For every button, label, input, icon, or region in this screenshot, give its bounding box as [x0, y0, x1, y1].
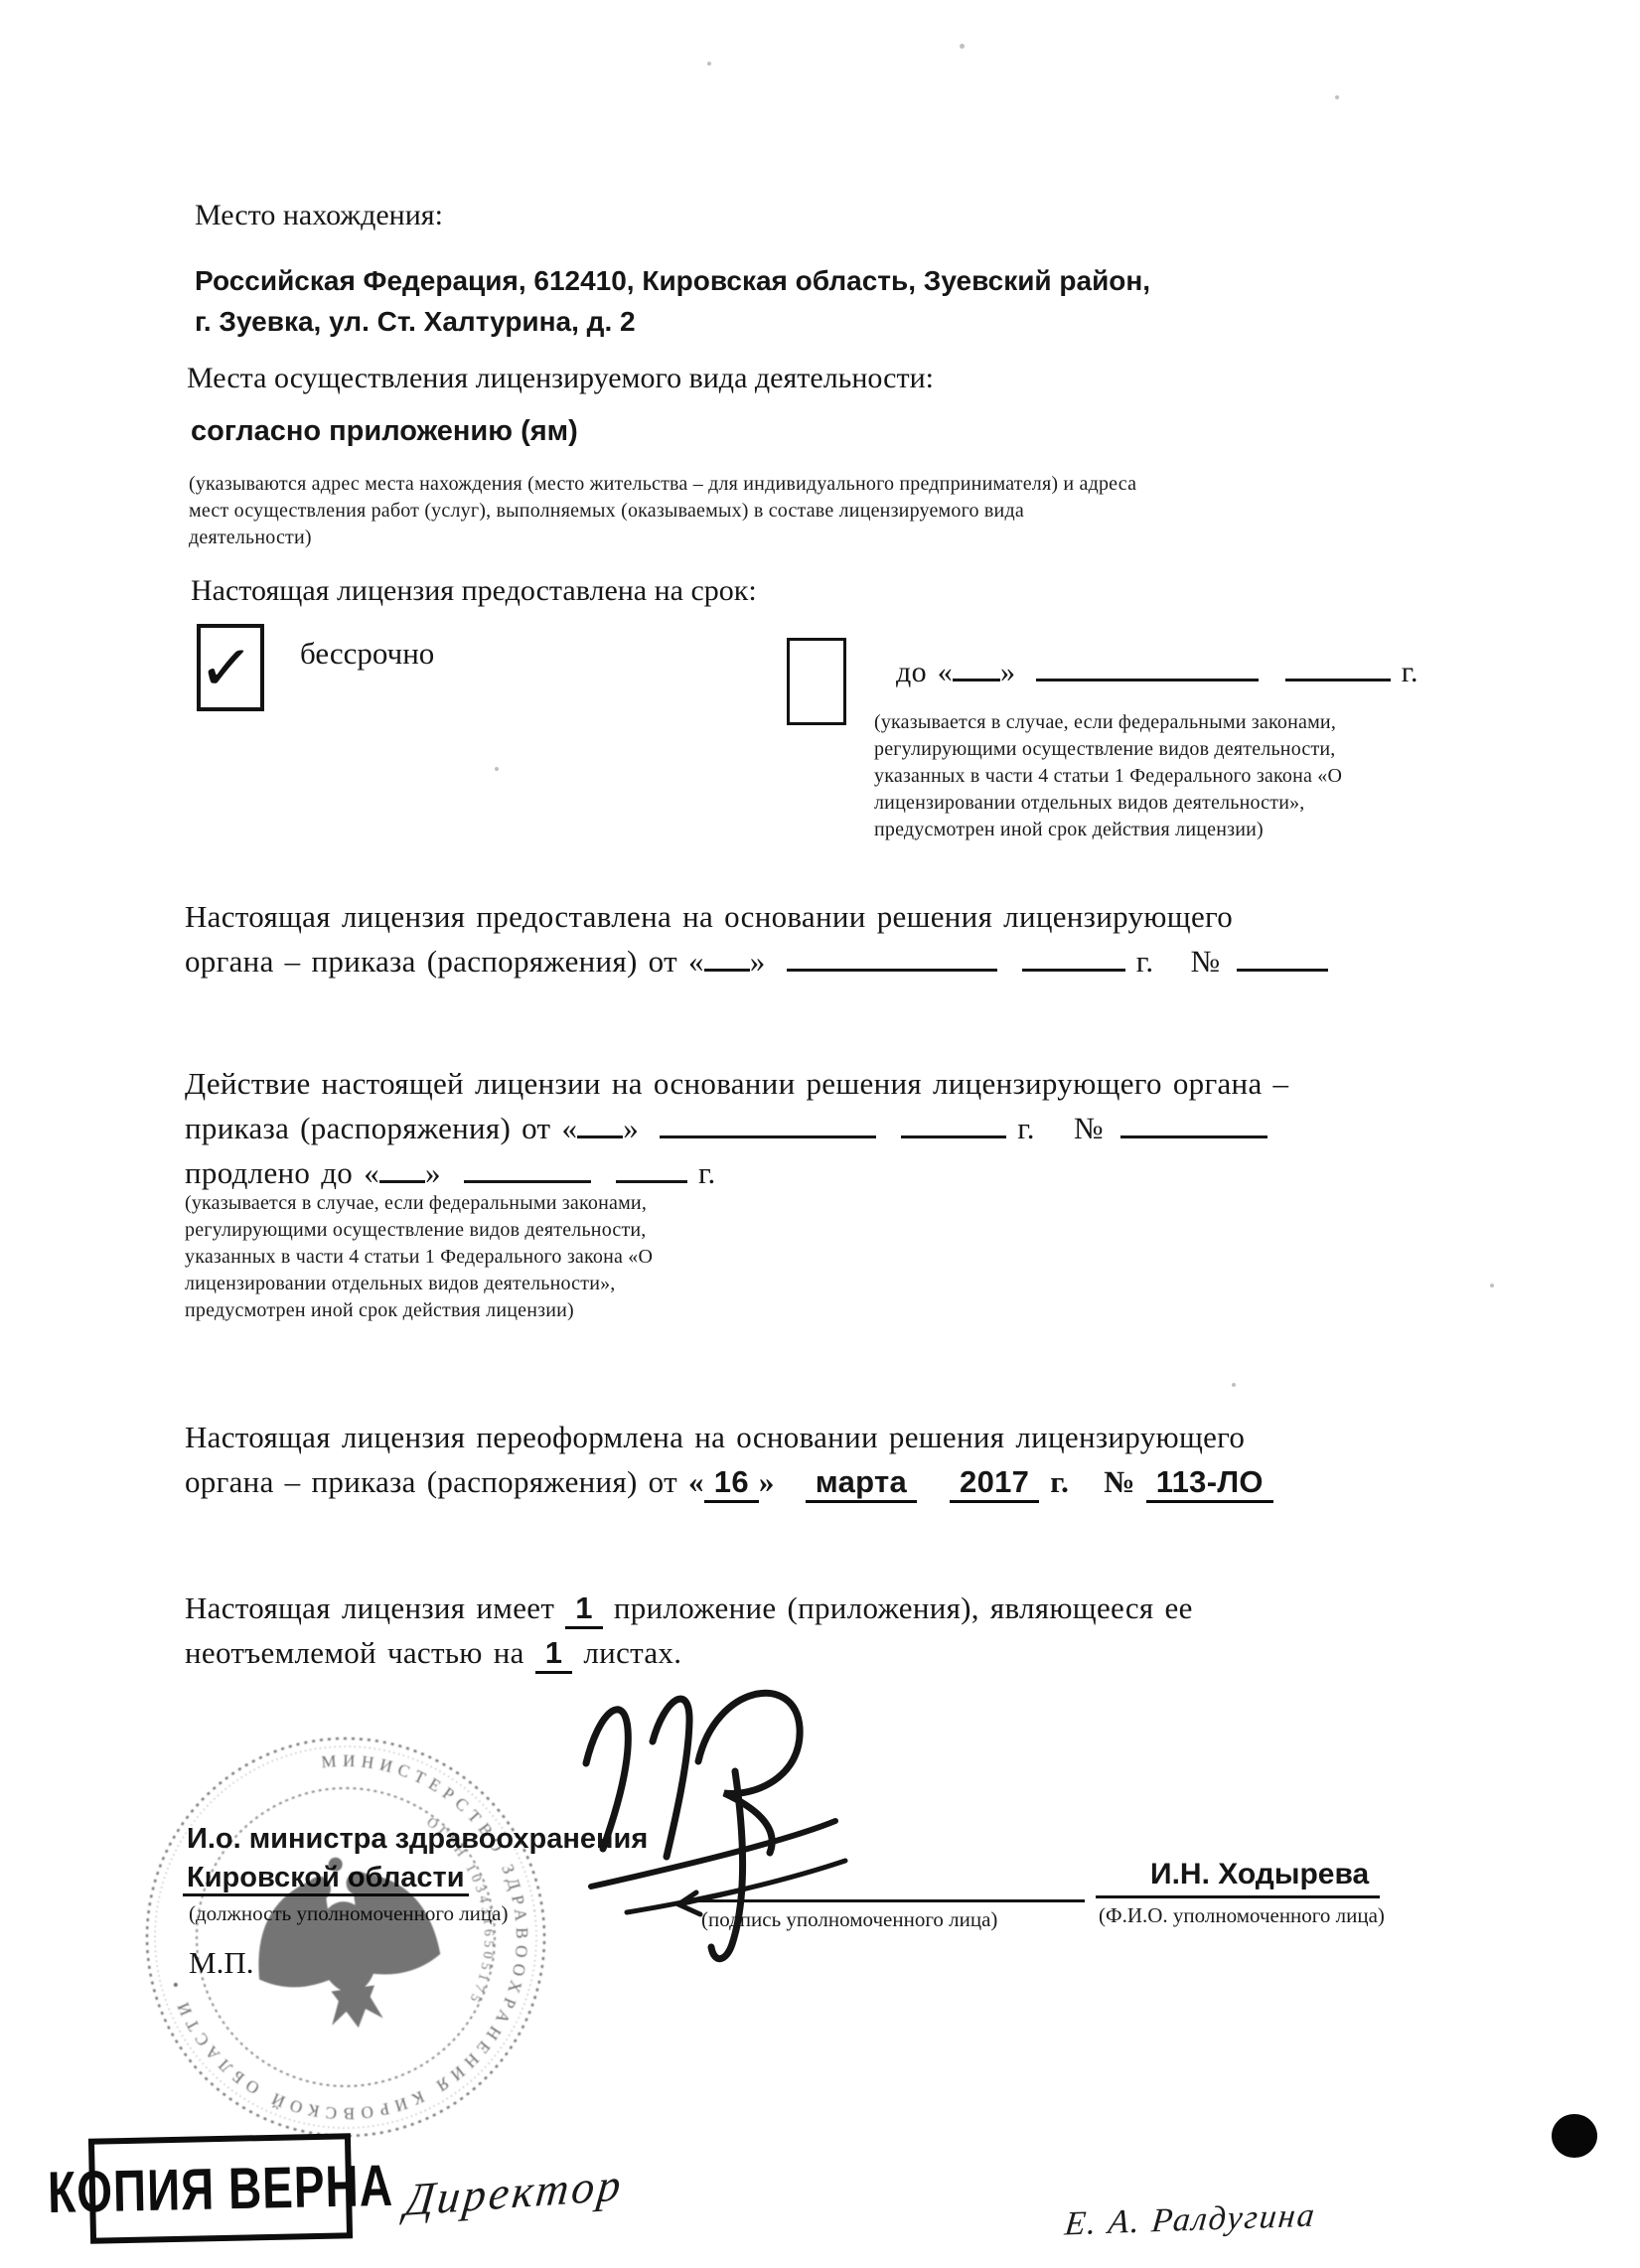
extended-line2-text: приказа (распоряжения) от	[185, 1111, 550, 1145]
open-quote: «	[688, 944, 704, 979]
seal-ogrn-text: ОГРН 1034316505175	[422, 1808, 507, 2012]
day-blank	[704, 967, 750, 972]
close-quote: »	[425, 1155, 441, 1190]
year-label: г.	[1017, 1111, 1035, 1145]
reissue-number-value: 113-ЛО	[1146, 1464, 1273, 1503]
reissued-line2-text: органа – приказа (распоряжения) от	[185, 1464, 677, 1499]
until-date-line: до «» г.	[896, 650, 1418, 694]
perpetual-checkbox: ✓	[197, 624, 264, 711]
year-label: г.	[698, 1155, 716, 1190]
attachments-text-2: приложение (приложения), являющееся ее	[614, 1590, 1193, 1625]
ministry-round-seal: МИНИСТЕРСТВО ЗДРАВООХРАНЕНИЯ КИРОВСКОЙ О…	[112, 1704, 579, 2171]
scan-speck	[1490, 1284, 1494, 1287]
month-blank	[1036, 677, 1259, 681]
scan-speck	[707, 62, 711, 66]
attachments-line1: Настоящая лицензия имеет 1 приложение (п…	[185, 1586, 1193, 1630]
checkmark-icon: ✓	[196, 628, 256, 708]
day-blank	[379, 1178, 425, 1183]
reissue-year-value: 2017	[950, 1464, 1039, 1503]
close-quote: »	[759, 1464, 775, 1499]
location-address-line1: Российская Федерация, 612410, Кировская …	[195, 260, 1150, 301]
reissue-month-value: марта	[806, 1464, 917, 1503]
year-blank	[901, 1134, 1006, 1138]
punch-hole-dot	[1552, 2114, 1597, 2158]
license-document-page: Место нахождения: Российская Федерация, …	[0, 0, 1640, 2268]
year-label: г.	[1402, 656, 1418, 688]
attachments-count-1: 1	[565, 1590, 603, 1629]
official-signature-scrawl	[531, 1644, 859, 1972]
handwritten-signature-name: Е. А. Ралдугина	[1063, 2197, 1318, 2244]
extended-line1: Действие настоящей лицензии на основании…	[185, 1061, 1288, 1106]
signer-name: И.Н. Ходырева	[1150, 1858, 1369, 1891]
until-label: до	[896, 656, 927, 688]
month-blank	[660, 1134, 876, 1138]
number-label: №	[1074, 1111, 1104, 1145]
number-label: №	[1104, 1464, 1134, 1499]
scan-speck	[495, 767, 499, 771]
year-blank	[1022, 967, 1125, 972]
extended-line3: продлено до «» г.	[185, 1150, 1288, 1195]
reissued-line2: органа – приказа (распоряжения) от «16» …	[185, 1459, 1273, 1504]
places-value: согласно приложению (ям)	[191, 415, 578, 448]
places-note: (указываются адрес места нахождения (мес…	[189, 471, 1147, 551]
granted-line1: Настоящая лицензия предоставлена на осно…	[185, 894, 1328, 939]
svg-text:ОГРН 1034316505175: ОГРН 1034316505175	[422, 1808, 507, 2012]
places-label: Места осуществления лицензируемого вида …	[187, 362, 934, 395]
reissue-day-value: 16	[704, 1464, 759, 1503]
number-blank	[1237, 967, 1328, 972]
day-blank	[577, 1134, 623, 1138]
year-label: г.	[1050, 1464, 1069, 1499]
handwritten-director-title: Директор	[402, 2158, 626, 2226]
extended-note: (указывается в случае, если федеральными…	[185, 1190, 673, 1324]
close-quote: »	[750, 944, 766, 979]
close-quote: »	[1000, 656, 1015, 688]
reissued-line1: Настоящая лицензия переоформлена на осно…	[185, 1415, 1273, 1459]
attachments-text-3: неотъемлемой частью на	[185, 1635, 524, 1670]
copy-verified-stamp: КОПИЯ ВЕРНА	[88, 2133, 353, 2244]
until-date-checkbox	[787, 638, 846, 725]
day-blank	[953, 677, 1000, 681]
location-label: Место нахождения:	[195, 199, 443, 232]
extended-line3-text: продлено до	[185, 1155, 353, 1190]
number-label: №	[1190, 944, 1220, 979]
open-quote: «	[364, 1155, 379, 1190]
granted-line2: органа – приказа (распоряжения) от «» г.…	[185, 939, 1328, 983]
year-blank	[616, 1178, 687, 1183]
granted-line2-text: органа – приказа (распоряжения) от	[185, 944, 677, 979]
location-address-line2: г. Зуевка, ул. Ст. Халтурина, д. 2	[195, 301, 1150, 342]
term-note: (указывается в случае, если федеральными…	[874, 709, 1376, 843]
copy-verified-stamp-text: КОПИЯ ВЕРНА	[47, 2151, 393, 2226]
name-caption: (Ф.И.О. уполномоченного лица)	[1099, 1903, 1385, 1928]
scan-speck	[960, 44, 965, 49]
open-quote: «	[561, 1111, 577, 1145]
year-label: г.	[1136, 944, 1154, 979]
scan-speck	[1232, 1383, 1236, 1387]
name-rule	[1096, 1895, 1380, 1898]
open-quote: «	[688, 1464, 704, 1499]
close-quote: »	[623, 1111, 639, 1145]
attachments-text-1: Настоящая лицензия имеет	[185, 1590, 554, 1625]
double-headed-eagle-emblem	[244, 1845, 449, 2041]
month-blank	[787, 967, 997, 972]
year-blank	[1285, 677, 1391, 681]
number-blank	[1120, 1134, 1267, 1138]
scan-speck	[1335, 95, 1339, 99]
perpetual-label: бессрочно	[300, 636, 434, 672]
term-label: Настоящая лицензия предоставлена на срок…	[191, 574, 757, 608]
month-blank	[464, 1178, 591, 1183]
open-quote: «	[938, 656, 953, 688]
extended-line2: приказа (распоряжения) от «» г. №	[185, 1106, 1288, 1150]
